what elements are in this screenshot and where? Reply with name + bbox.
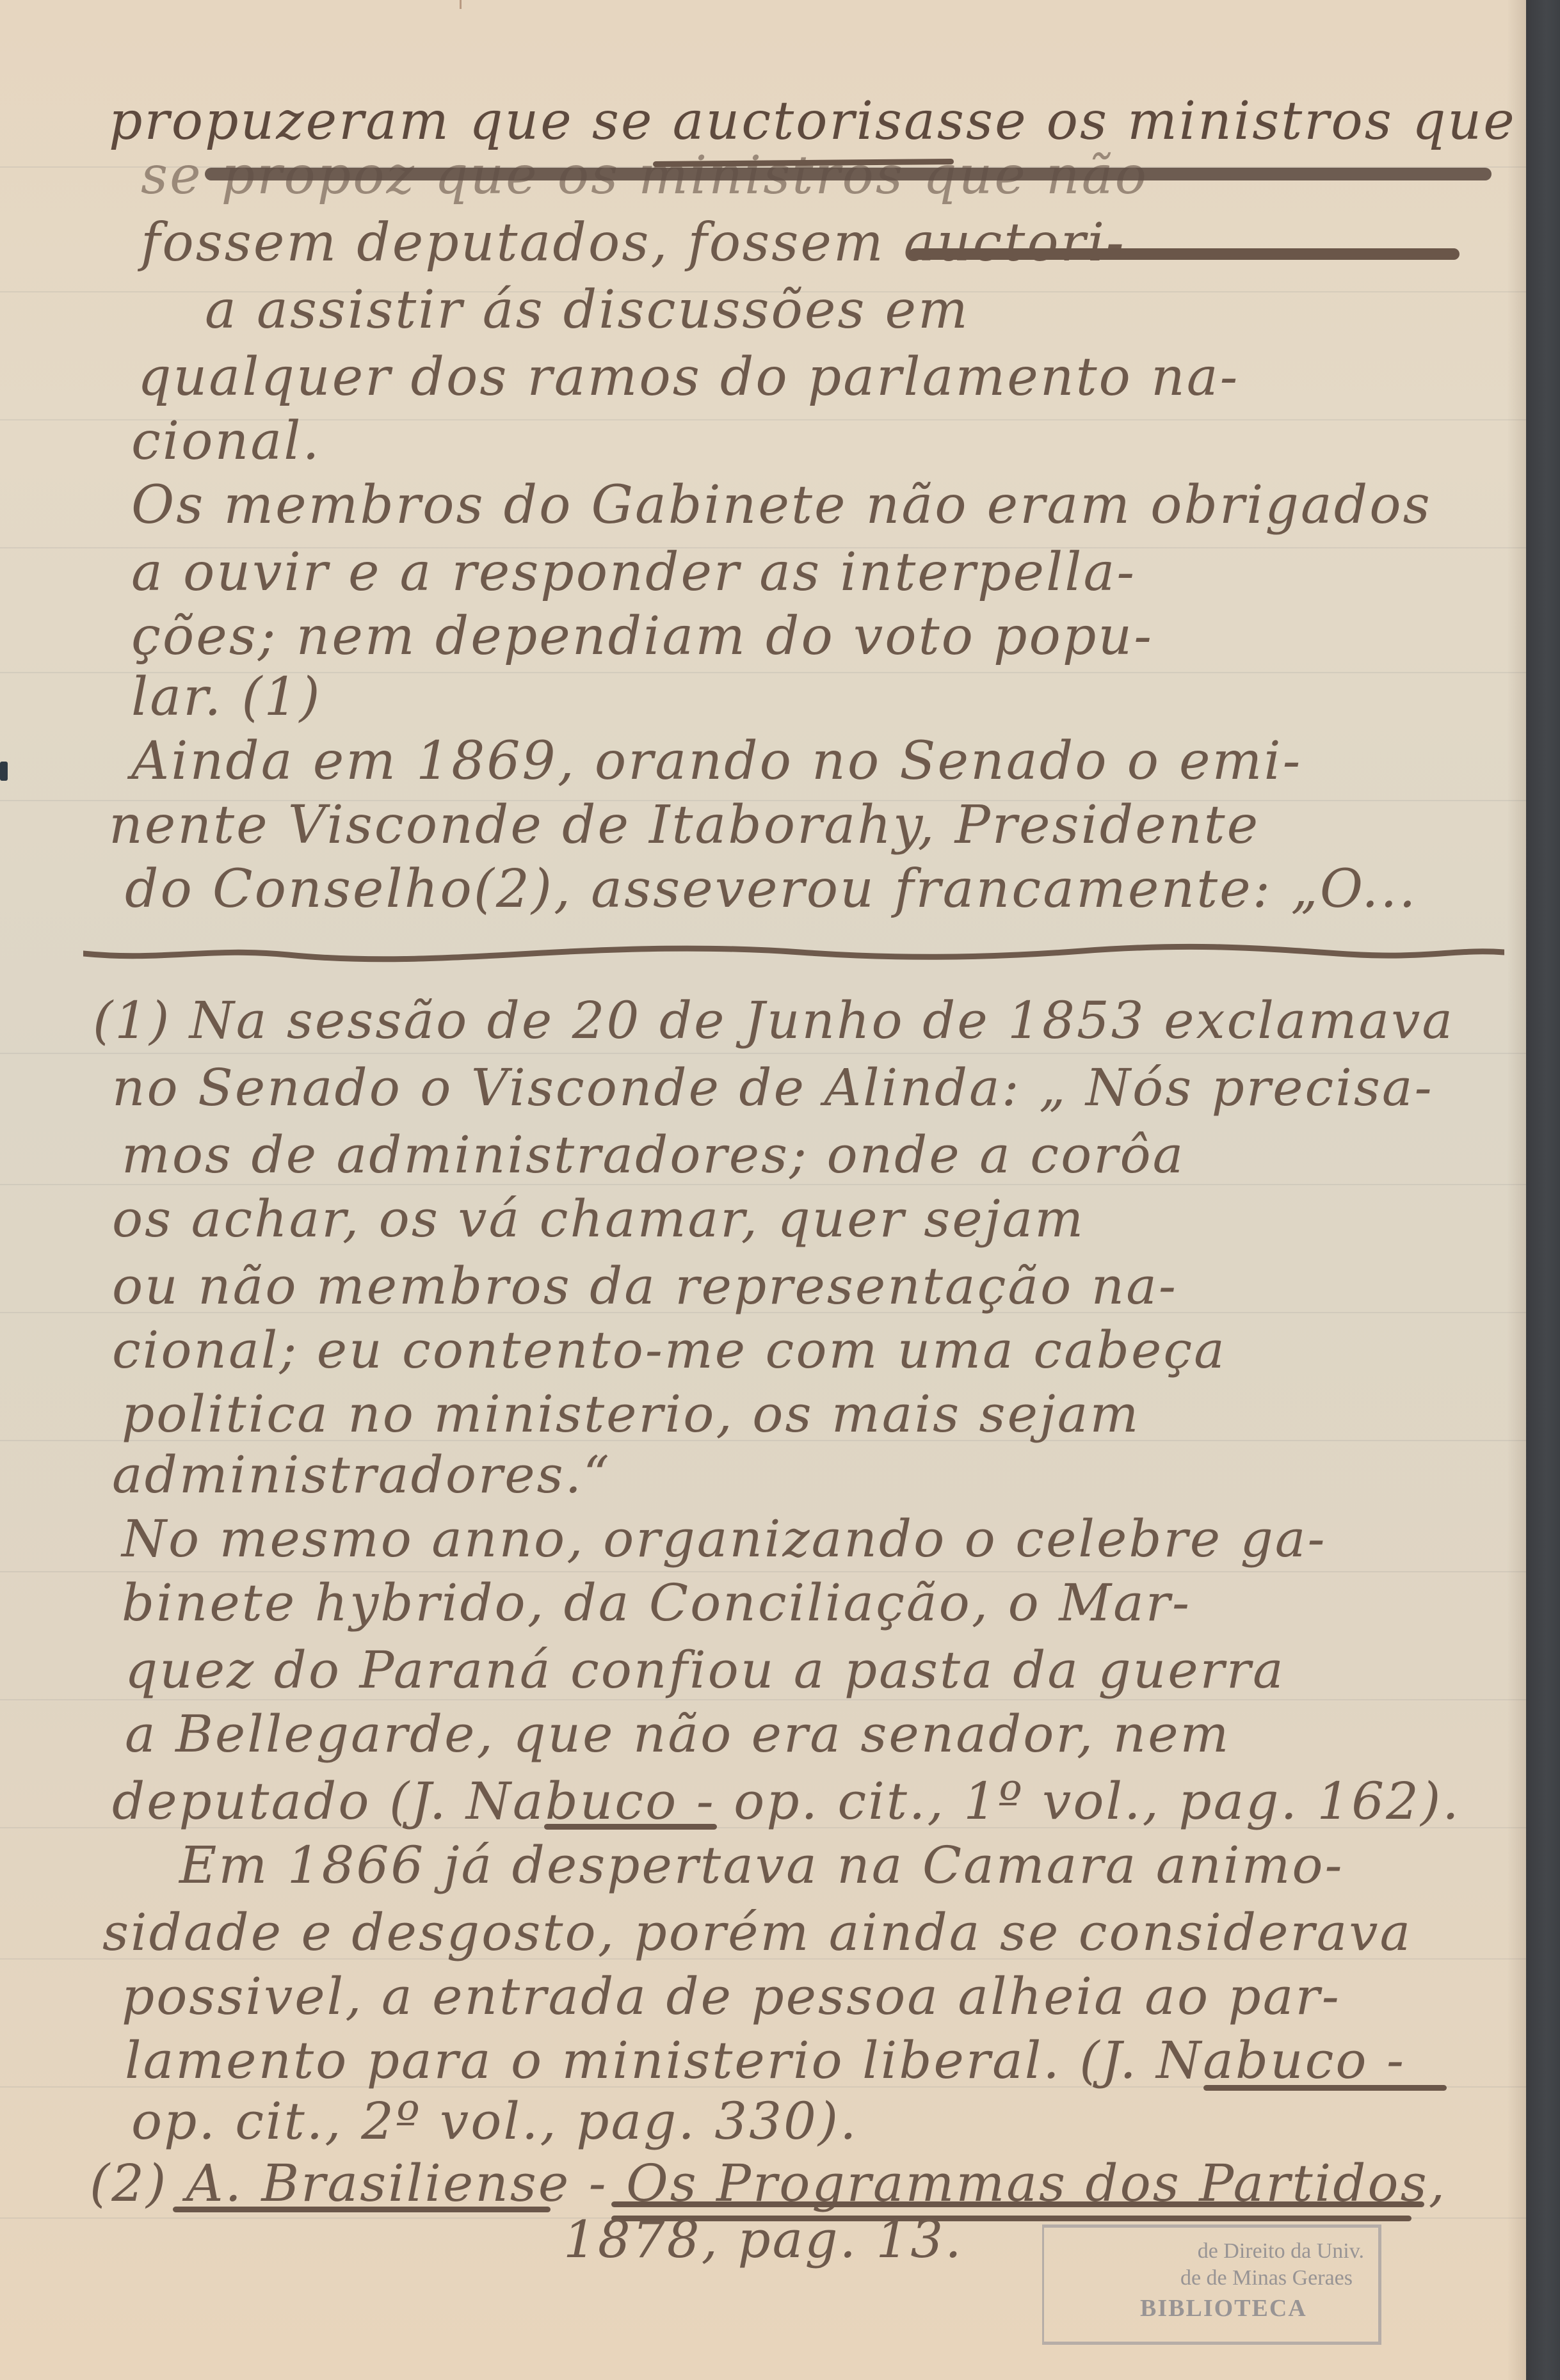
footnote-divider [83,939,1504,965]
footnote-line-18: op. cit., 2º vol., pag. 330). [131,2089,858,2153]
footnote-line-10: binete hybrido, da Conciliação, o Mar- [122,1571,1191,1635]
ruled-line [0,1053,1526,1054]
main-line-5: qualquer dos ramos do parlamento na- [138,346,1239,410]
main-line-9: ções; nem dependiam do voto popu- [131,605,1154,669]
footnote-line-5: ou não membros da representação na- [112,1254,1178,1318]
stamp-line-3: BIBLIOTECA [1140,2294,1307,2322]
main-line-12: nente Visconde de Itaborahy, Presidente [109,794,1260,858]
main-line-3: fossem deputados, fossem auctori- [141,211,1126,275]
underline-nabuco-2 [1203,2085,1447,2091]
stamp-line-1: de Direito da Univ. [1198,2239,1364,2264]
scan-background-edge [1526,0,1560,2380]
footnote-line-11: quez do Paraná confiou a pasta da guerra [125,1638,1285,1702]
footnote-line-14: Em 1866 já despertava na Camara animo- [179,1833,1344,1897]
footnote-line-15: sidade e desgosto, porém ainda se consid… [102,1901,1412,1965]
manuscript-page: propuzeram que se auctorisasse os minist… [0,0,1526,2380]
main-line-10: lar. (1) [131,666,322,730]
footnote-line-9: No mesmo anno, organizando o celebre ga- [122,1507,1327,1571]
footnote-line-17: lamento para o ministerio liberal. (J. N… [125,2029,1406,2093]
main-line-4: a assistir ás discussões em [205,278,970,342]
underline-nabuco [544,1824,717,1830]
footnote-line-1: (1) Na sessão de 20 de Junho de 1853 exc… [93,989,1454,1053]
footnote-line-4: os achar, os vá chamar, quer sejam [112,1187,1085,1251]
footnote-line-16: possivel, a entrada de pessoa alheia ao … [122,1965,1341,2029]
footnote-line-7: politica no ministerio, os mais sejam [122,1382,1140,1446]
paper-mark [460,0,462,9]
main-line-7: Os membros do Gabinete não eram obrigado… [131,474,1432,538]
footnote-line-12: a Bellegarde, que não era senador, nem [125,1702,1230,1766]
stamp-line-2: de de Minas Geraes [1180,2266,1353,2290]
binding-mark [0,762,8,781]
main-line-8: a ouvir e a responder as interpella- [131,541,1136,605]
underline-brasiliense [173,2207,551,2212]
main-line-6: cional. [131,410,321,474]
footnote-line-2: no Senado o Visconde de Alinda: „ Nós pr… [112,1056,1434,1120]
footnote-line-3: mos de administradores; onde a corôa [122,1123,1185,1187]
main-line-11: Ainda em 1869, orando no Senado o emi- [131,730,1302,794]
strikethrough-mark [205,168,1492,180]
footnote-line-20: 1878, pag. 13. [563,2208,963,2272]
footnote-line-6: cional; eu contento-me com uma cabeça [112,1318,1226,1382]
underline-programmas [611,2201,1424,2207]
strikethrough-mark [909,248,1459,260]
library-stamp: de Direito da Univ. de de Minas Geraes B… [1042,2224,1381,2345]
footnote-line-13: deputado (J. Nabuco - op. cit., 1º vol.,… [112,1769,1461,1833]
footnote-line-8: administradores.“ [112,1443,611,1507]
main-line-13: do Conselho(2), asseverou francamente: „… [125,858,1417,922]
